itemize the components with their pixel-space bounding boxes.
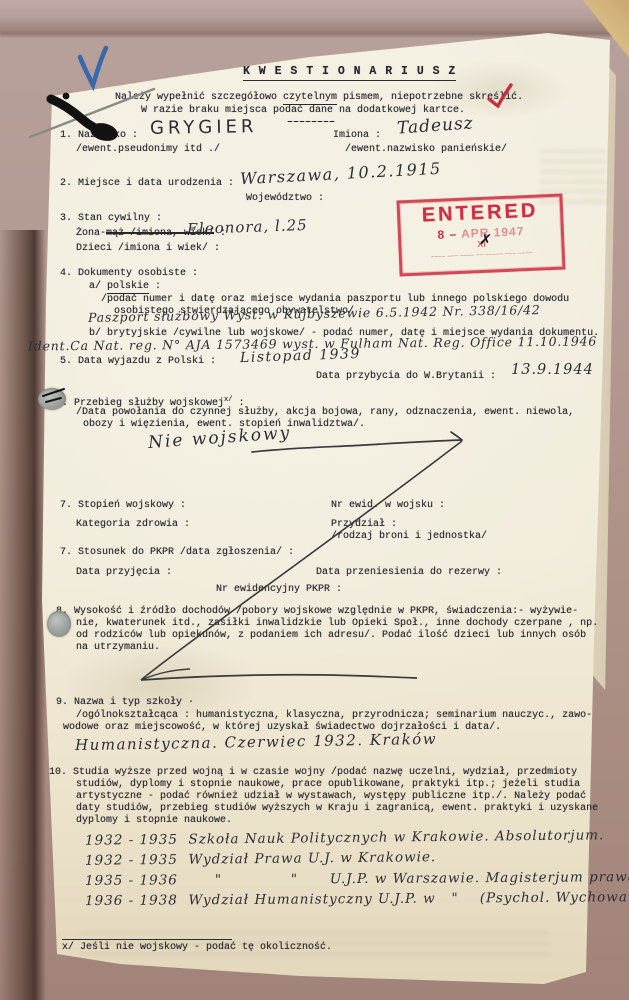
polskie-underlined: polskie: [107, 281, 149, 294]
dochody-line1: 8. Wysokość i źródło dochodów /pobory wo…: [56, 606, 578, 618]
field-label-nazwisko: 1. Nazwisko :: [60, 130, 138, 142]
field-label-kategoria: Kategoria zdrowia :: [76, 519, 190, 531]
field-label-przydzial: Przydział :: [331, 519, 397, 531]
studia-line3: artystyczne - podać również udział w wys…: [76, 791, 586, 803]
field-label-dokumenty: 4. Dokumenty osobiste :: [60, 268, 198, 280]
blue-checkmark-icon: [80, 48, 106, 85]
field-label-birth: 2. Miejsce i data urodzenia :: [60, 178, 234, 190]
dochody-line3: od rodziców lub opiekunów, z podaniem ic…: [76, 630, 586, 642]
studia-line2: studiów, dyplomy i stopnie naukowe, prac…: [76, 779, 580, 791]
stamp-word: ENTERED: [400, 199, 561, 228]
zona-pre: Żona-: [76, 228, 106, 239]
entered-stamp: ENTERED 8 – APR 1947 XI✗ –––– ––– –––– –…: [396, 194, 565, 277]
punch-hole: [38, 388, 66, 410]
field-label-imiona: Imiona :: [333, 130, 381, 142]
field-label-stan-cywilny: 3. Stan cywilny :: [60, 213, 162, 225]
instructions-line2: W razie braku miejsca podać dane na doda…: [141, 105, 465, 117]
field-label-polskie: a/ polskie :: [89, 281, 161, 293]
studia-line1: 10. Studia wyższe przed wojną i w czasie…: [49, 767, 577, 779]
field-sub-rodzaj-broni: /rodzaj broni i jednostka/: [331, 531, 487, 543]
instructions-line1-post: pismem, niepotrzebne skreślić.: [337, 92, 523, 103]
field-label-nr-ewid: Nr ewid. w wojsku :: [331, 500, 445, 512]
polskie-post: :: [149, 281, 161, 292]
scanned-questionnaire-photo: K W E S T I O N A R I U S Z Należy wypeł…: [0, 0, 629, 1000]
field-sub-panienskie: /ewent.nazwisko panieńskie/: [345, 144, 507, 156]
polskie-pre: a/: [89, 281, 107, 292]
handwritten-arrival-date: 13.9.1944: [511, 362, 594, 378]
stamp-day: 8 –: [437, 227, 457, 242]
backing-board-fold: [0, 0, 629, 34]
divider-dashes: ––––––––: [287, 117, 335, 129]
field-label-wyjazd: 5. Data wyjazdu z Polski :: [60, 356, 216, 368]
field-label-nr-pkpr: Nr ewidencyjny PKPR :: [216, 584, 342, 596]
field-sub-wojewodztwo: Województwo :: [246, 193, 324, 205]
instructions-line1-underlined: czytelnym: [283, 92, 337, 105]
field-label-rezerwa: Data przeniesienia do rezerwy :: [316, 567, 502, 579]
x-mark-icon: ✗: [479, 232, 493, 248]
field-sub-pseudonimy: /ewent.pseudonimy itd ./: [76, 144, 220, 156]
field-label-przyjecie: Data przyjęcia :: [76, 567, 172, 579]
handwritten-surname: GRYGIER: [150, 116, 258, 139]
form-title: K W E S T I O N A R I U S Z: [243, 66, 456, 81]
field-label-pkpr: 7. Stosunek do PKPR /data zgłoszenia/ :: [60, 547, 294, 559]
studia-line4: daty studiów, przebieg studiów wyższych …: [76, 803, 598, 815]
field-label-stopien: 7. Stopień wojskowy :: [60, 500, 186, 512]
dochody-line2: nie, kwaterunek itd., zasiłki inwalidzki…: [76, 618, 598, 630]
footnote-text: x/ Jeśli nie wojskowy - podać tę okolicz…: [62, 942, 332, 954]
punch-hole: [47, 611, 71, 637]
szkola-desc1: /ogólnokształcąca : humanistyczna, klasy…: [76, 710, 592, 722]
studia-line5: dyplomy i stopnie naukowe.: [76, 815, 232, 827]
field-label-szkola: 9. Nazwa i typ szkoły ·: [56, 697, 194, 709]
dochody-line4: na utrzymaniu.: [76, 642, 160, 654]
footnote-separator: [62, 939, 232, 940]
instructions-line1-pre: Należy wypełnić szczegółowo: [115, 92, 283, 103]
field-label-przybycie: Data przybycia do W.Brytanii :: [316, 371, 496, 383]
field-label-dzieci: Dzieci /imiona i wiek/ :: [76, 243, 220, 255]
instructions-line1: Należy wypełnić szczegółowo czytelnym pi…: [115, 92, 523, 104]
sluzba-desc1: /Data powołania do czynnej służby, akcja…: [76, 407, 574, 419]
